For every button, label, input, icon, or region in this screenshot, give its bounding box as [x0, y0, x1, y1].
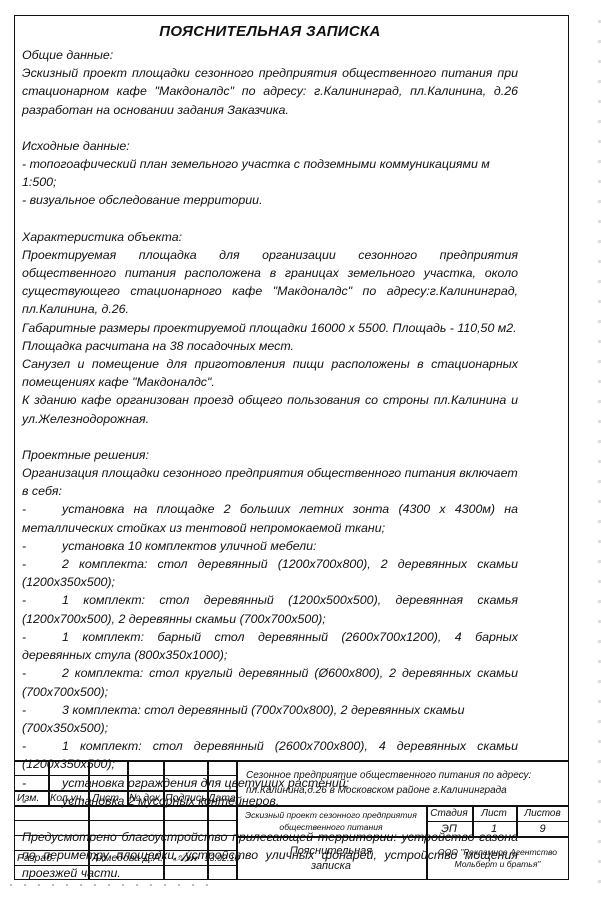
- doc-name-line1: Пояснительная: [236, 844, 426, 858]
- dash-marker: -: [22, 701, 62, 719]
- solution-item: -3 комплекта: стол деревянный (700х700х8…: [22, 701, 518, 737]
- project-line1: Эскизный проект сезонного предприятия: [236, 809, 426, 821]
- solutions-heading: Проектные решения:: [22, 446, 518, 464]
- project-line2: общественного питания: [236, 821, 426, 833]
- object-title-line1: Сезонное предприятие общественного питан…: [246, 768, 566, 782]
- solution-item: -установка на площадке 2 больших летних …: [22, 500, 518, 536]
- solution-item: -1 комплект: стол деревянный (1200х500х5…: [22, 591, 518, 627]
- object-paragraph: К зданию кафе организован проезд общего …: [22, 391, 518, 427]
- document-body: ПОЯСНИТЕЛЬНАЯ ЗАПИСКА Общие данные: Эски…: [22, 22, 518, 883]
- solution-item: -установка 10 комплектов уличной мебели:: [22, 537, 518, 555]
- object-paragraph: Площадка расчитана на 38 посадочных мест…: [22, 337, 518, 355]
- source-item: - визуальное обследование территории.: [22, 191, 518, 209]
- dash-marker: -: [22, 737, 62, 755]
- sheets-label: Листов: [516, 806, 569, 821]
- developer-role: Разраб.: [17, 850, 87, 865]
- solution-item-text: 1 комплект: стол деревянный (1200х500х50…: [22, 593, 518, 625]
- stage-value: ЭП: [426, 822, 472, 836]
- stage-label: Стадия: [426, 806, 472, 821]
- solution-item-text: 1 комплект: барный стол деревянный (2600…: [22, 630, 518, 662]
- solution-item-text: 2 комплекта: стол круглый деревянный (Ø6…: [22, 666, 518, 698]
- dash-marker: -: [22, 628, 62, 646]
- solution-item-text: установка на площадке 2 больших летних з…: [22, 502, 518, 534]
- header-signature: Подпись: [165, 791, 207, 805]
- scan-artifact: [10, 884, 210, 886]
- signature-date: 13.02.18: [207, 850, 237, 865]
- solution-item: -2 комплекта: стол деревянный (1200х700х…: [22, 555, 518, 591]
- header-count: Кол.уч.: [50, 791, 88, 805]
- dash-marker: -: [22, 591, 62, 609]
- sheet-label: Лист: [472, 806, 516, 821]
- solution-item-text: 2 комплекта: стол деревянный (1200х700х8…: [22, 557, 518, 589]
- dash-marker: -: [22, 537, 62, 555]
- object-paragraph: Проектируемая площадка для организации с…: [22, 246, 518, 319]
- document-title: ПОЯСНИТЕЛЬНАЯ ЗАПИСКА: [22, 22, 518, 42]
- solution-item: -2 комплекта: стол круглый деревянный (Ø…: [22, 664, 518, 700]
- dash-marker: -: [22, 555, 62, 573]
- object-paragraph: Габаритные размеры проектируемой площадк…: [22, 319, 518, 337]
- developer-signature: 𝒜𝓂: [164, 848, 207, 865]
- general-heading: Общие данные:: [22, 46, 518, 64]
- source-item: - топогоафический план земельного участк…: [22, 155, 518, 191]
- header-sheet: Лист: [92, 791, 127, 805]
- object-title-line2: пл.Калинина,д.26 в Московском районе г.К…: [246, 783, 566, 797]
- sheets-value: 9: [516, 822, 569, 836]
- source-heading: Исходные данные:: [22, 137, 518, 155]
- solution-item-text: 3 комплекта: стол деревянный (700х700х80…: [22, 703, 465, 735]
- object-paragraph: Санузел и помещение для приготовления пи…: [22, 355, 518, 391]
- developer-name: Ахмедова Д.А.: [92, 850, 164, 865]
- doc-name-line2: записка: [236, 859, 426, 873]
- dash-marker: -: [22, 500, 62, 518]
- solution-item-text: установка 10 комплектов уличной мебели:: [62, 539, 317, 553]
- header-change: Изм.: [17, 791, 48, 805]
- solutions-intro: Организация площадки сезонного предприят…: [22, 464, 518, 500]
- solution-item: -1 комплект: барный стол деревянный (260…: [22, 628, 518, 664]
- org-line1: ООО "Рекламное Агентство: [426, 846, 569, 858]
- header-doc-number: № док.: [129, 791, 163, 805]
- title-block: Изм. Кол.уч. Лист № док. Подпись Дата Ра…: [14, 760, 569, 880]
- org-line2: Мольберт и братья": [426, 858, 569, 870]
- dash-marker: -: [22, 664, 62, 682]
- general-text: Эскизный проект площадки сезонного предп…: [22, 64, 518, 119]
- header-date: Дата: [208, 791, 236, 805]
- object-heading: Характеристика объекта:: [22, 228, 518, 246]
- sheet-value: 1: [472, 822, 516, 836]
